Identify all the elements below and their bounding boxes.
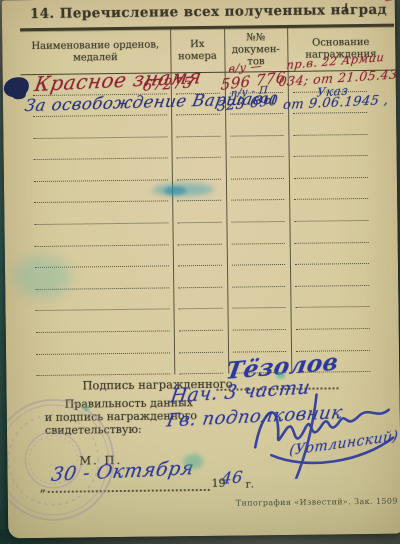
date-year-suffix: г.	[246, 479, 255, 490]
red-corner-mark	[384, 0, 395, 2]
round-stamp-icon	[2, 385, 135, 535]
table-header-row: Наименование орденов, медалей Их номера …	[20, 27, 395, 76]
printing-house-note: Типография «Известий». Зак. 1509	[208, 497, 398, 508]
hw-date-year: 46	[221, 467, 244, 488]
signature-flourish	[246, 388, 399, 480]
table-row	[24, 350, 398, 376]
award-record-card: 14. Перечисление всех полученных наград …	[2, 0, 400, 538]
table-rows	[21, 70, 399, 377]
section-title: 14. Перечисление всех полученных наград	[30, 2, 387, 22]
